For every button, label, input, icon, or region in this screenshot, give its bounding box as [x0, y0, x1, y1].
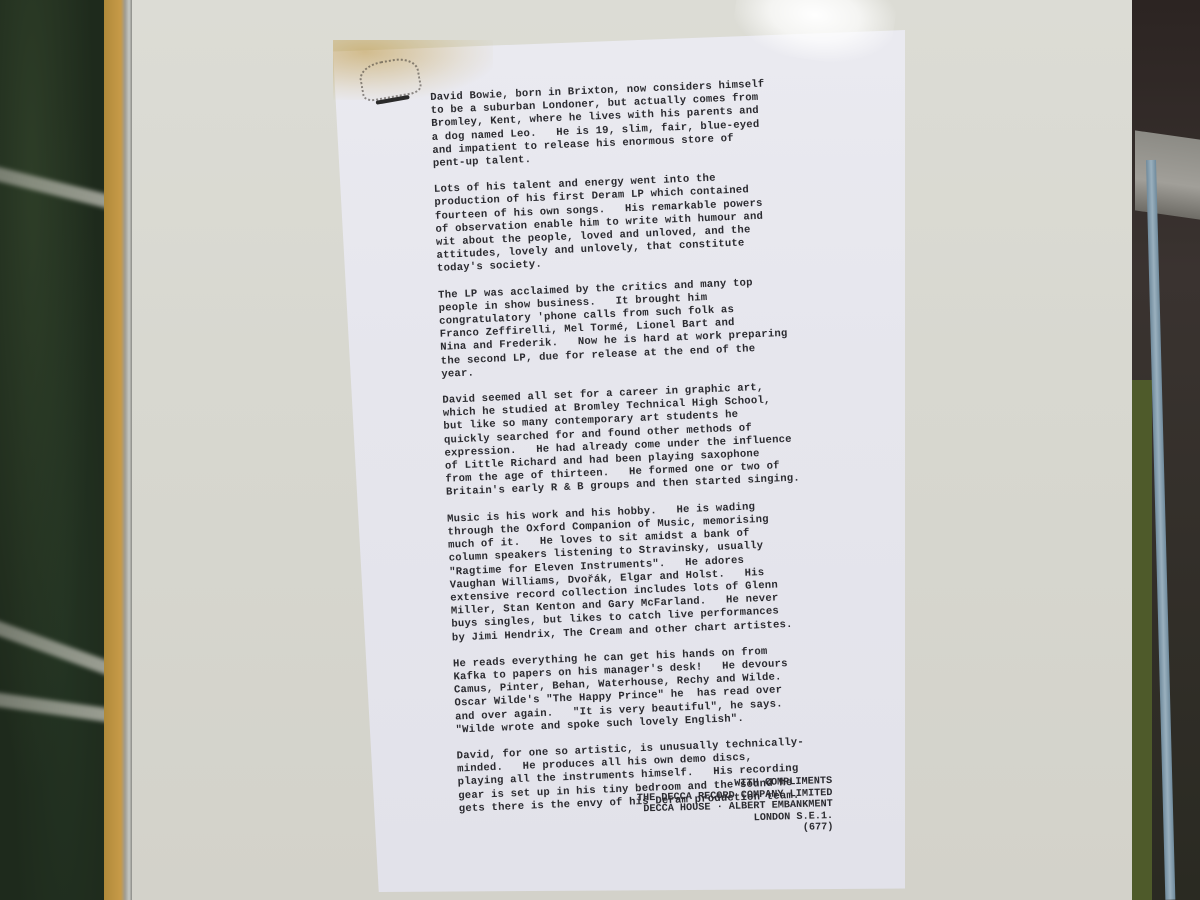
paragraph: Music is his work and his hobby. He is w… — [447, 497, 852, 645]
paragraph: Lots of his talent and energy went into … — [434, 168, 837, 276]
paragraph: He reads everything he can get his hands… — [453, 642, 856, 737]
fabric-fold — [1135, 130, 1200, 219]
carpet-stripe — [0, 690, 120, 723]
paragraph: David Bowie, born in Brixton, now consid… — [430, 76, 833, 171]
carpet-background-left — [0, 0, 106, 900]
carpet-stripe — [0, 163, 120, 210]
paragraph: David seemed all set for a career in gra… — [442, 379, 846, 501]
board-edge — [104, 0, 132, 900]
biography-text: David Bowie, born in Brixton, now consid… — [430, 76, 859, 829]
green-edge — [1132, 380, 1152, 900]
carpet-stripe — [0, 616, 118, 677]
decca-signoff: WITH COMPLIMENTS THE DECCA RECORD COMPAN… — [600, 776, 834, 840]
paragraph: The LP was acclaimed by the critics and … — [438, 273, 841, 381]
